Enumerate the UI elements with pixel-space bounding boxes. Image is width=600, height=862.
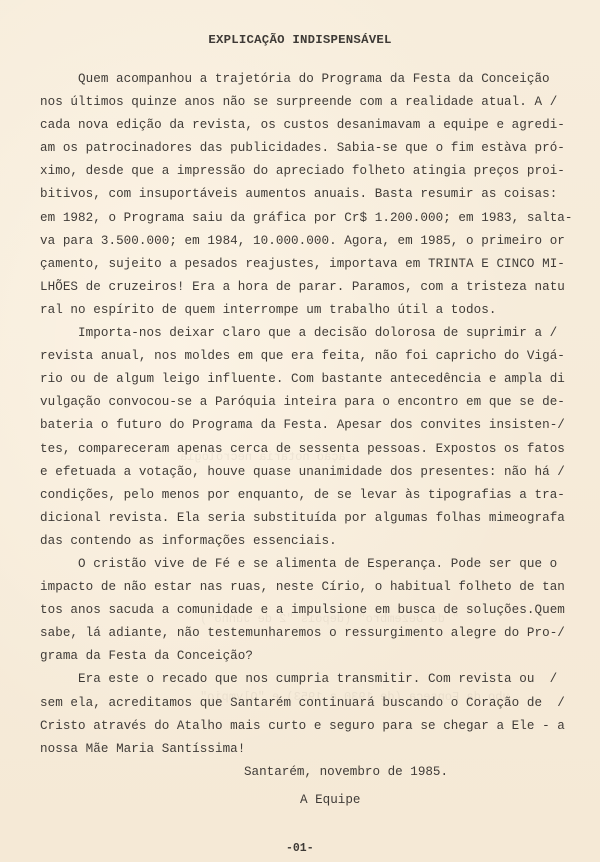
text-line: bitivos, com insuportáveis aumentos anua… xyxy=(40,183,580,206)
text-line: cada nova edição da revista, os custos d… xyxy=(40,114,580,137)
text-line: am os patrocinadores das publicidades. S… xyxy=(40,137,580,160)
paragraph-2: Importa-nos deixar claro que a decisão d… xyxy=(40,322,580,553)
text-line: ral no espírito de quem interrompe um tr… xyxy=(40,299,580,322)
document-body: Quem acompanhou a trajetória do Programa… xyxy=(40,68,580,761)
text-line: tos anos sacuda a comunidade e a impulsi… xyxy=(40,599,580,622)
place-and-date: Santarém, novembro de 1985. xyxy=(0,765,600,779)
paragraph-3: O cristão vive de Fé e se alimenta de Es… xyxy=(40,553,580,668)
text-line: sabe, lá adiante, não testemunharemos o … xyxy=(40,622,580,645)
text-line: vulgação convocou-se a Paróquia inteira … xyxy=(40,391,580,414)
text-line: impacto de não estar nas ruas, neste Cír… xyxy=(40,576,580,599)
text-line: sem ela, acreditamos que Santarém contin… xyxy=(40,692,580,715)
text-line: O cristão vive de Fé e se alimenta de Es… xyxy=(40,553,580,576)
text-line: nos últimos quinze anos não se surpreend… xyxy=(40,91,580,114)
text-line: va para 3.500.000; em 1984, 10.000.000. … xyxy=(40,230,580,253)
text-line: Quem acompanhou a trajetória do Programa… xyxy=(40,68,580,91)
text-line: em 1982, o Programa saiu da gráfica por … xyxy=(40,207,580,230)
scanned-page: ação notaria necrologia " de Dezembro" (… xyxy=(0,0,600,862)
document-title: EXPLICAÇÃO INDISPENSÁVEL xyxy=(0,33,600,47)
paragraph-1: Quem acompanhou a trajetória do Programa… xyxy=(40,68,580,322)
text-line: Cristo através do Atalho mais curto e se… xyxy=(40,715,580,738)
signature: A Equipe xyxy=(0,793,600,807)
text-line: Importa-nos deixar claro que a decisão d… xyxy=(40,322,580,345)
text-line: çamento, sujeito a pesados reajustes, im… xyxy=(40,253,580,276)
text-line: rio ou de algum leigo influente. Com bas… xyxy=(40,368,580,391)
text-line: das contendo as informações essenciais. xyxy=(40,530,580,553)
text-line: e efetuada a votação, houve quase unanim… xyxy=(40,461,580,484)
text-line: bateria o futuro do Programa da Festa. A… xyxy=(40,414,580,437)
page-number: -01- xyxy=(286,842,314,855)
text-line: tes, compareceram apenas cerca de sessen… xyxy=(40,438,580,461)
text-line: condições, pelo menos por enquanto, de s… xyxy=(40,484,580,507)
text-line: dicional revista. Ela seria substituída … xyxy=(40,507,580,530)
text-line: revista anual, nos moldes em que era fei… xyxy=(40,345,580,368)
text-line: ximo, desde que a impressão do apreciado… xyxy=(40,160,580,183)
text-line: grama da Festa da Conceição? xyxy=(40,645,580,668)
text-line: nossa Mãe Maria Santíssima! xyxy=(40,738,580,761)
text-line: LHÕES de cruzeiros! Era a hora de parar.… xyxy=(40,276,580,299)
text-line: Era este o recado que nos cumpria transm… xyxy=(40,668,580,691)
paragraph-4: Era este o recado que nos cumpria transm… xyxy=(40,668,580,760)
